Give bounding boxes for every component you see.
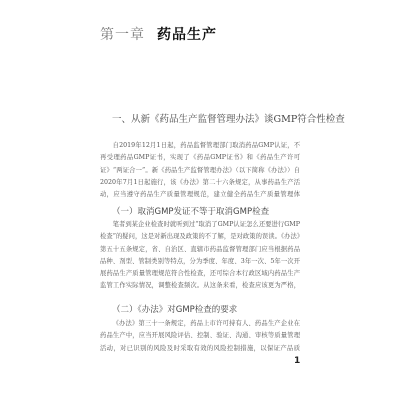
- page-number: 1: [294, 356, 300, 366]
- book-page: 第一章药品生产 一、从新《药品生产监督管理办法》谈GMP符合性检查 自2019年…: [0, 0, 400, 400]
- subsection-heading-1: （一）取消GMP发证不等于取消GMP检查: [112, 205, 269, 217]
- paragraph-3: 《办法》第三十一条规定，药品上市许可持有人、药品生产企业在药品生产中，应当开展风…: [100, 318, 300, 355]
- paragraph-2: 笔者到某企业检查时就听到过“取消了GMP认证怎么还要进行GMP检查”的疑问，这是…: [100, 219, 300, 293]
- chapter-title: 药品生产: [157, 27, 217, 43]
- section-heading: 一、从新《药品生产监督管理办法》谈GMP符合性检查: [112, 111, 345, 125]
- paragraph-1: 自2019年12月1日起，药品监督管理部门取消药品GMP认证，不再受理药品GMP…: [100, 140, 300, 202]
- chapter-header: 第一章药品生产: [100, 24, 217, 44]
- subsection-heading-2: （二）《办法》对GMP检查的要求: [112, 303, 237, 315]
- chapter-number: 第一章: [100, 27, 145, 43]
